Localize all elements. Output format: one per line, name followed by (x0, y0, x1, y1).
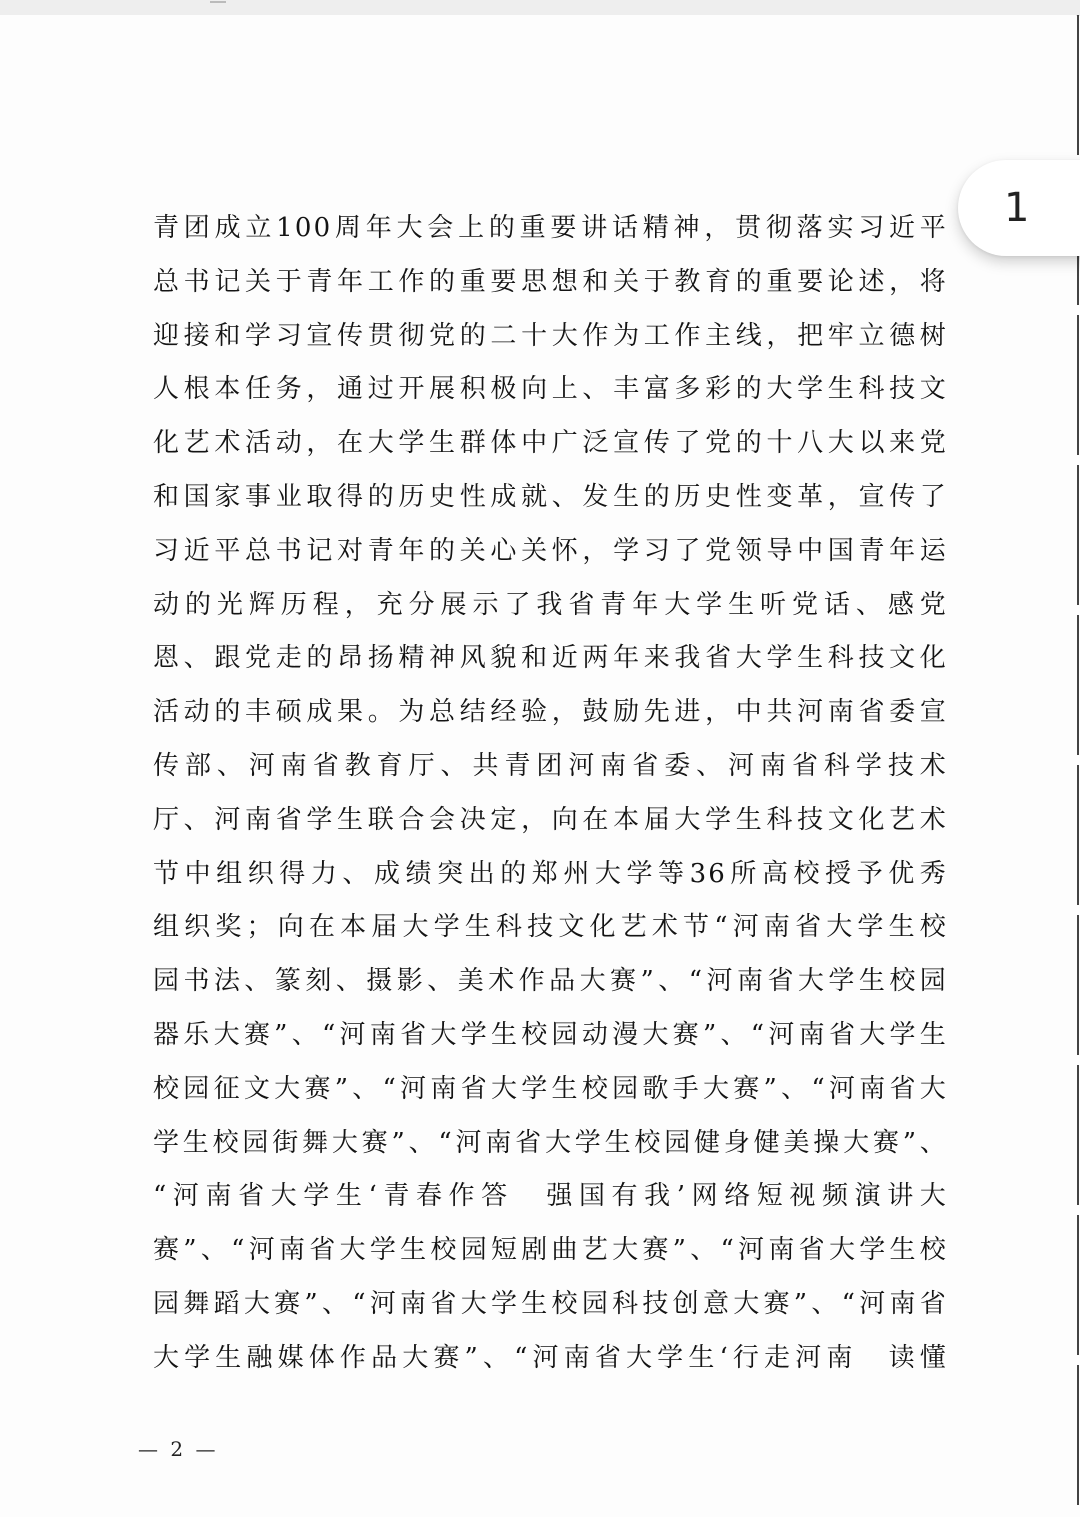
text-line: 园书法、篆刻、摄影、美术作品大赛”、“河南省大学生校园 (153, 961, 948, 1015)
text-line: 厅、河南省学生联合会决定，向在本届大学生科技文化艺术 (153, 800, 948, 854)
text-line: 大学生融媒体作品大赛”、“河南省大学生‘行走河南 读懂 (153, 1338, 948, 1392)
text-line: 节中组织得力、成绩突出的郑州大学等36所高校授予优秀 (153, 854, 948, 908)
drag-handle[interactable] (210, 1, 226, 3)
text-line: 园舞蹈大赛”、“河南省大学生校园科技创意大赛”、“河南省 (153, 1284, 948, 1338)
document-page: 青团成立100周年大会上的重要讲话精神，贯彻落实习近平 总书记关于青年工作的重要… (0, 15, 1076, 1517)
text-line: “河南省大学生‘青春作答 强国有我’网络短视频演讲大 (153, 1176, 948, 1230)
text-line: 校园征文大赛”、“河南省大学生校园歌手大赛”、“河南省大 (153, 1069, 948, 1123)
text-line: 人根本任务，通过开展积极向上、丰富多彩的大学生科技文 (153, 369, 948, 423)
page-number: — 2 — (138, 1437, 218, 1461)
page-indicator-number: 1 (1004, 185, 1029, 231)
text-line: 组织奖；向在本届大学生科技文化艺术节“河南省大学生校 (153, 907, 948, 961)
text-line: 动的光辉历程，充分展示了我省青年大学生听党话、感党 (153, 585, 948, 639)
text-line: 化艺术活动，在大学生群体中广泛宣传了党的十八大以来党 (153, 423, 948, 477)
text-line: 习近平总书记对青年的关心关怀，学习了党领导中国青年运 (153, 531, 948, 585)
text-line: 总书记关于青年工作的重要思想和关于教育的重要论述，将 (153, 262, 948, 316)
document-body: 青团成立100周年大会上的重要讲话精神，贯彻落实习近平 总书记关于青年工作的重要… (153, 208, 948, 1392)
page-indicator-badge[interactable]: 1 (958, 160, 1080, 256)
viewer-top-bar (0, 0, 1080, 16)
text-line: 青团成立100周年大会上的重要讲话精神，贯彻落实习近平 (153, 208, 948, 262)
text-line: 器乐大赛”、“河南省大学生校园动漫大赛”、“河南省大学生 (153, 1015, 948, 1069)
text-line: 赛”、“河南省大学生校园短剧曲艺大赛”、“河南省大学生校 (153, 1230, 948, 1284)
text-line: 传部、河南省教育厅、共青团河南省委、河南省科学技术 (153, 746, 948, 800)
text-line: 活动的丰硕成果。为总结经验，鼓励先进，中共河南省委宣 (153, 692, 948, 746)
text-line: 和国家事业取得的历史性成就、发生的历史性变革，宣传了 (153, 477, 948, 531)
text-line: 学生校园街舞大赛”、“河南省大学生校园健身健美操大赛”、 (153, 1123, 948, 1177)
text-line: 迎接和学习宣传贯彻党的二十大作为工作主线，把牢立德树 (153, 316, 948, 370)
text-line: 恩、跟党走的昂扬精神风貌和近两年来我省大学生科技文化 (153, 638, 948, 692)
